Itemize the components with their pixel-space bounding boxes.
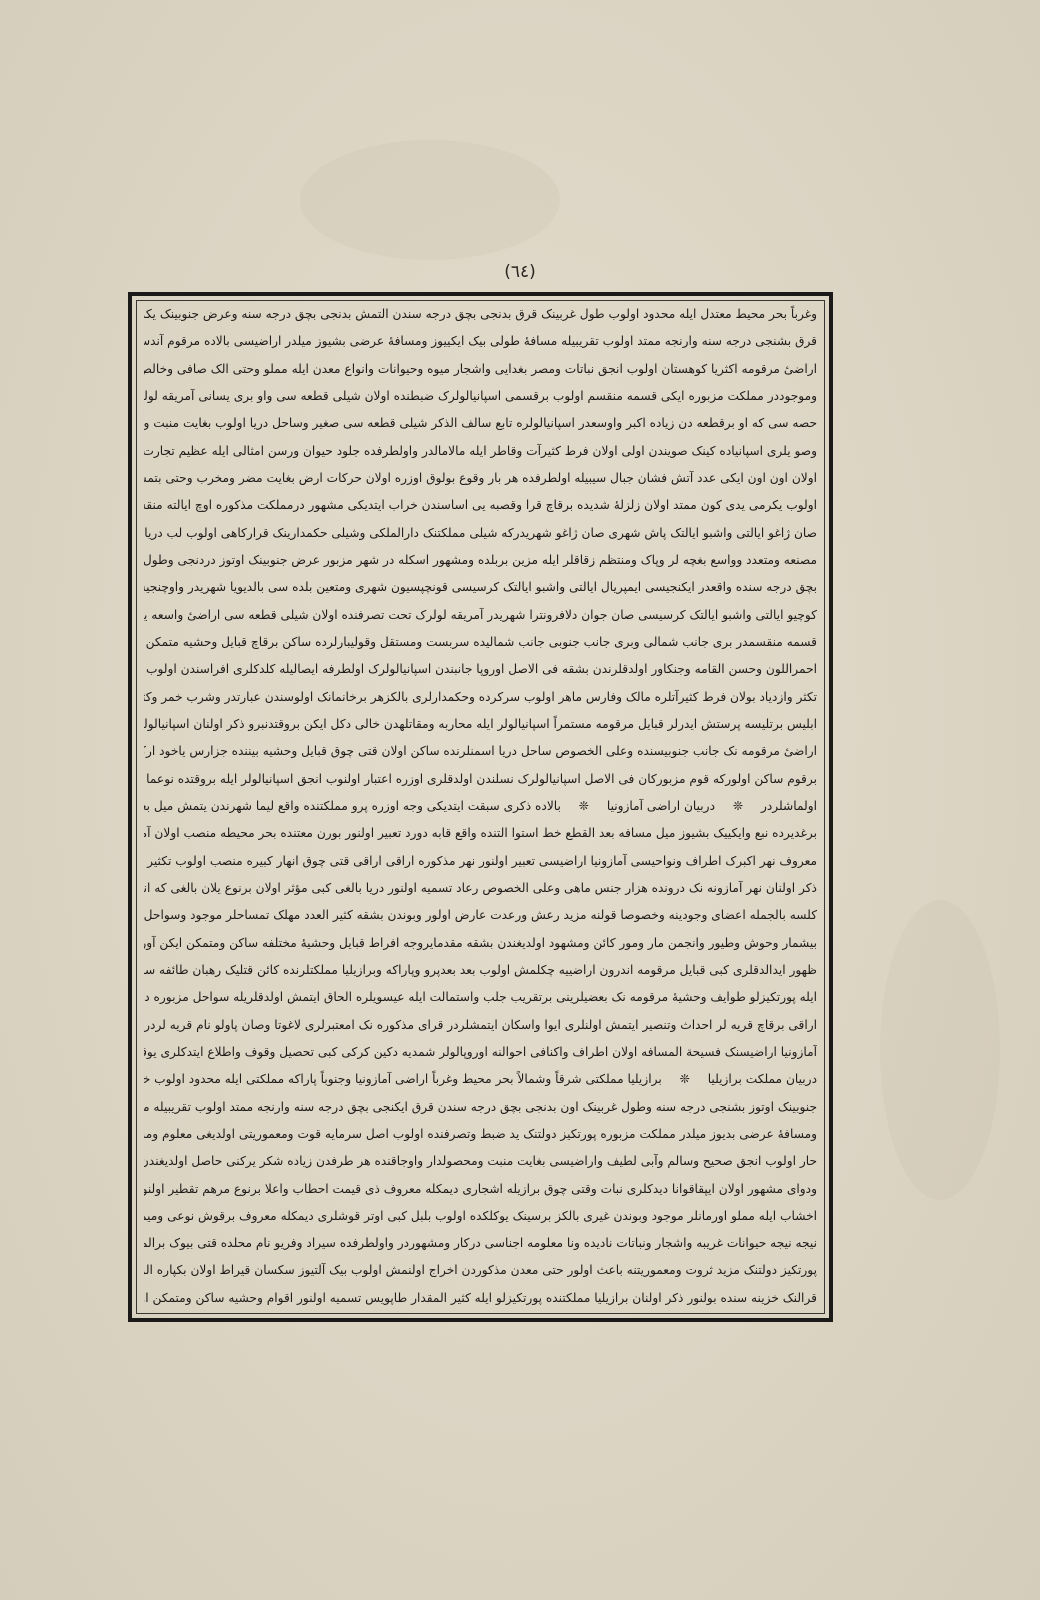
text-line: بیشمار وحوش وطیور وانجمن مار ومور کائن و…	[144, 931, 817, 955]
text-line: حار اولوب انجق صحیح وسالم وآبی لطیف وارا…	[144, 1149, 817, 1173]
text-line: اولان اون اون ایکی عدد آتش فشان جبال سیب…	[144, 466, 817, 490]
section-heading-line-brazil: دربیان مملکت برازیلیا ❊ برازیلیا مملکتی …	[144, 1067, 817, 1091]
text-line: اخشاب ایله مملو اورمانلر موجود وبوندن غی…	[144, 1204, 817, 1228]
text-line: ابلیس برتلیسه پرستش ایدرلر قبایل مرقومه …	[144, 712, 817, 736]
text-line: احمراللون وحسن القامه وجنکاور اولدقلرندن…	[144, 657, 817, 681]
text-line: ظهور ایدالدقلری کبی قبایل مرقومه اندرون …	[144, 958, 817, 982]
ornament-icon: ❊	[666, 1072, 704, 1086]
text-line: صان ژاغو ایالتی واشبو ایالتک پاش شهری صا…	[144, 521, 817, 545]
section-heading-brazil: دربیان مملکت برازیلیا	[708, 1072, 817, 1086]
text-line: ومسافهٔ عرضی بدیوز میلدر مملکت مزبوره پو…	[144, 1122, 817, 1146]
text-line: مصنعه ومتعدد وواسع بغچه لر وپاک ومنتظم ز…	[144, 548, 817, 572]
section-heading-line-amazonia: اولماشلردر ❊ دربیان اراضی آمازونیا ❊ بال…	[144, 794, 817, 818]
ornament-icon: ❊	[565, 799, 603, 813]
text-fragment: برازیلیا مملکتی شرقاً وشمالاً بحر محیط و…	[144, 1072, 662, 1086]
text-line: قسمه منقسمدر بری جانب شمالی وبری جانب جن…	[144, 630, 817, 654]
text-line: نیجه نیجه حیوانات غریبه واشجار ونباتات ن…	[144, 1231, 817, 1255]
text-line: وغرباً بحر محیط معتدل ایله محدود اولوب ط…	[144, 302, 817, 326]
ornament-icon: ❊	[719, 799, 757, 813]
text-line: اراقی برقاچ قریه لر احداث وتنصیر ایتمش ا…	[144, 1013, 817, 1037]
text-line: کوچیو ایالتی واشبو ایالتک کرسیسی صان جوا…	[144, 603, 817, 627]
paper-stain	[300, 140, 560, 260]
text-line: برغدیرده نبع وایکییک بشیوز میل مسافه بعد…	[144, 821, 817, 845]
text-line: بچق درجه سنده واقعدر ایکنجیسی ایمپریال ا…	[144, 575, 817, 599]
text-line: ذکر اولنان نهر آمازونه نک درونده هزار جن…	[144, 876, 817, 900]
text-line: ودوای مشهور اولان ایپقاقوانا دیدکلری نبا…	[144, 1177, 817, 1201]
text-line: اراضیٔ مرقومه اکثریا کوهستان اولوب انجق …	[144, 357, 817, 381]
main-text-block: وغرباً بحر محیط معتدل ایله محدود اولوب ط…	[142, 302, 819, 1310]
text-line: قرالنک خزینه سنده بولنور ذکر اولنان براز…	[144, 1286, 817, 1310]
page-number: (٦٤)	[0, 262, 1040, 282]
text-line: برقوم ساکن اولورکه قوم مزبورکان فی الاصل…	[144, 767, 817, 791]
text-line: معروف نهر اکبرک اطراف ونواحیسی آمازونیا …	[144, 849, 817, 873]
text-line: اراضیٔ مرقومه نک جانب جنوبیسنده وعلی الخ…	[144, 739, 817, 763]
text-line: قرق بشنجی درجه سنه وارنجه ممتد اولوب تقر…	[144, 329, 817, 353]
text-line: آمازونیا اراضیسنک فسیحة المسافه اولان اط…	[144, 1040, 817, 1064]
text-line: وصو یلری اسپانیاده کینک صویندن اولی اولا…	[144, 439, 817, 463]
text-line: حصه سی که او برقطعه دن زیاده اکبر واوسعد…	[144, 411, 817, 435]
text-line: کلسه بالجمله اعضای وجودینه وخصوصا قولنه …	[144, 903, 817, 927]
text-fragment: اولماشلردر	[761, 799, 817, 813]
section-heading-amazonia: دربیان اراضی آمازونیا	[607, 799, 715, 813]
paper-stain	[880, 900, 1000, 1200]
text-line: ایله پورتکیزلو طوایف وحشیهٔ مرقومه نک بع…	[144, 985, 817, 1009]
text-line: تکثر وازدیاد بولان فرط کثیرآتلره مالک وف…	[144, 685, 817, 709]
text-line: پورتکیز دولتنک مزید ثروت ومعموریتنه باعث…	[144, 1258, 817, 1282]
text-line: وموجوددر مملکت مزبوره ایکی قسمه منقسم او…	[144, 384, 817, 408]
text-fragment: بالاده ذکری سبقت ایتدیکی وجه اوزره پرو م…	[144, 799, 561, 813]
text-line: اولوب یکرمی یدی کون ممتد اولان زلزلهٔ شد…	[144, 493, 817, 517]
text-line: جنوبینک اوتوز بشنجی درجه سنه وطول غربینک…	[144, 1095, 817, 1119]
